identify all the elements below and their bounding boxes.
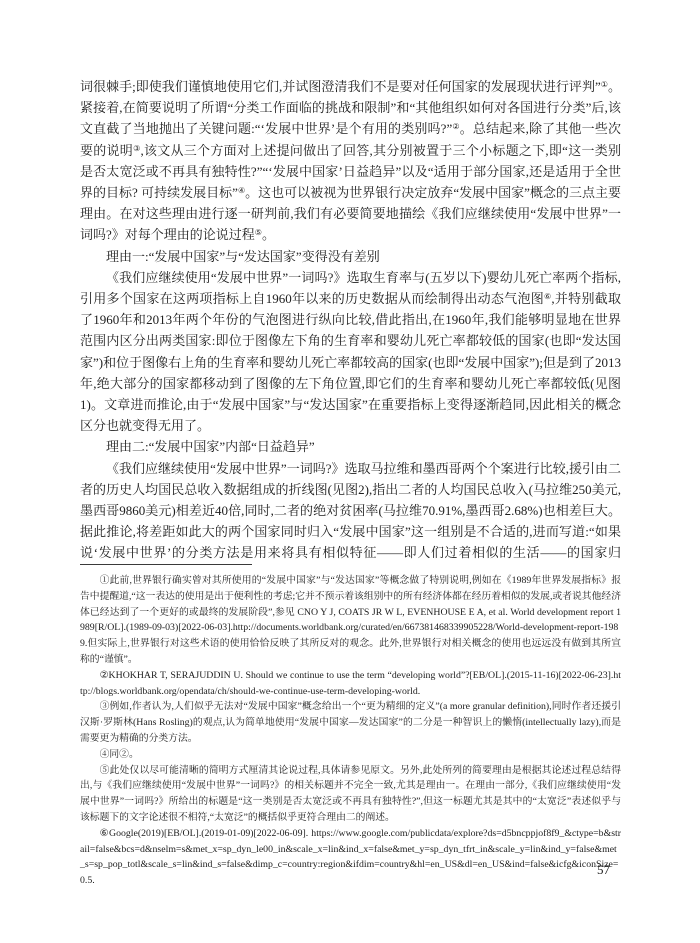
footnote-2: ②KHOKHAR T, SERAJUDDIN U. Should we cont…: [80, 668, 621, 700]
footnote-5: ⑤此处仅以尽可能清晰的简明方式厘清其论说过程,具体请参见原文。另外,此处所列的简…: [80, 763, 621, 826]
footnote-1: ①此前,世界银行确实曾对其所使用的“发展中国家”与“发达国家”等概念做了特别说明…: [80, 573, 621, 668]
footnote-4: ④同②。: [80, 747, 621, 763]
footnote-6: ⑥Google(2019)[EB/OL].(2019-01-09)[2022-0…: [80, 826, 621, 889]
footnotes-section: ①此前,世界银行确实曾对其所使用的“发展中国家”与“发达国家”等概念做了特别说明…: [80, 573, 621, 889]
paragraph-reason-1: 《我们应继续使用“发展中世界”一词吗?》选取生育率与(五岁以下)婴幼儿死亡率两个…: [80, 267, 621, 437]
heading-reason-2: 理由二:“发展中国家”内部“日益趋异”: [80, 436, 621, 457]
footnote-divider: [80, 564, 252, 565]
heading-reason-1: 理由一:“发展中国家”与“发达国家”变得没有差别: [80, 246, 621, 267]
page-number: 57: [597, 862, 610, 878]
paragraph-reason-2: 《我们应继续使用“发展中世界”一词吗?》选取马拉维和墨西哥两个个案进行比较,援引…: [80, 458, 621, 564]
paragraph-opening: 词很棘手;即使我们谨慎地使用它们,并试图澄清我们不是要对任何国家的发展现状进行评…: [80, 76, 621, 246]
body-text: 词很棘手;即使我们谨慎地使用它们,并试图澄清我们不是要对任何国家的发展现状进行评…: [80, 76, 621, 564]
footnote-3: ③例如,作者认为,人们似乎无法对“发展中国家”概念给出一个“更为精细的定义”(a…: [80, 699, 621, 746]
document-page: 词很棘手;即使我们谨慎地使用它们,并试图澄清我们不是要对任何国家的发展现状进行评…: [0, 0, 700, 943]
